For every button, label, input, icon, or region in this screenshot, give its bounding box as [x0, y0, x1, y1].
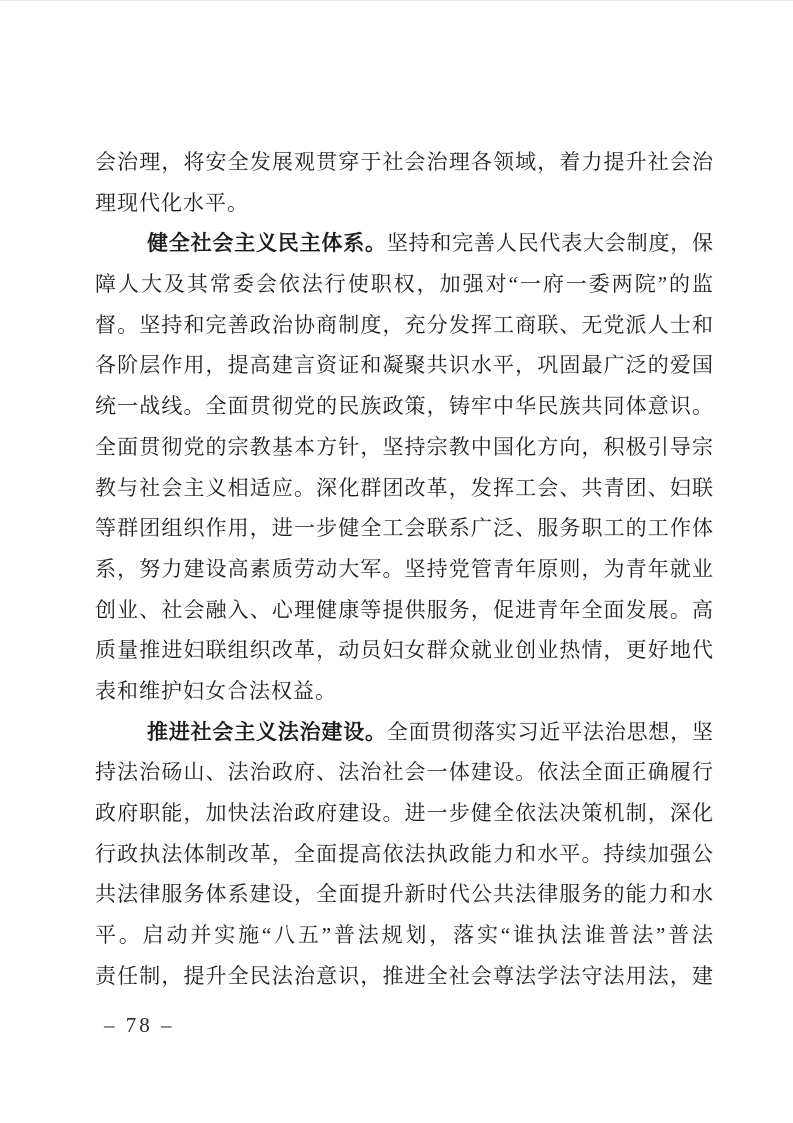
text-line: 持法治砀山、法治政府、法治社会一体建设。依法全面正确履行	[95, 752, 713, 793]
line-text: 等群团组织作用，进一步健全工会联系广泛、服务职工的工作体	[95, 516, 713, 540]
line-text: 统一战线。全面贯彻党的民族政策，铸牢中华民族共同体意识。	[95, 394, 713, 418]
text-line: 等群团组织作用，进一步健全工会联系广泛、服务职工的工作体	[95, 508, 713, 549]
line-text: 教与社会主义相适应。深化群团改革，发挥工会、共青团、妇联	[95, 476, 713, 500]
text-line: 统一战线。全面贯彻党的民族政策，铸牢中华民族共同体意识。	[95, 386, 713, 427]
text-line: 会治理，将安全发展观贯穿于社会治理各领域，着力提升社会治	[95, 142, 713, 183]
text-line: 督。坚持和完善政治协商制度，充分发挥工商联、无党派人士和	[95, 305, 713, 346]
text-line: 推进社会主义法治建设。全面贯彻落实习近平法治思想，坚	[95, 712, 713, 753]
line-text: 全面贯彻党的宗教基本方针，坚持宗教中国化方向，积极引导宗	[95, 435, 713, 459]
text-line: 表和维护妇女合法权益。	[95, 671, 713, 712]
text-line: 健全社会主义民主体系。坚持和完善人民代表大会制度，保	[95, 223, 713, 264]
text-line: 责任制，提升全民法治意识，推进全社会尊法学法守法用法，建	[95, 956, 713, 997]
line-text: 责任制，提升全民法治意识，推进全社会尊法学法守法用法，建	[95, 964, 713, 988]
paragraph-heading: 健全社会主义民主体系。	[147, 231, 387, 255]
text-line: 共法律服务体系建设，全面提升新时代公共法律服务的能力和水	[95, 874, 713, 915]
text-line: 政府职能，加快法治政府建设。进一步健全依法决策机制，深化	[95, 793, 713, 834]
line-text: 理现代化水平。	[95, 191, 249, 215]
line-text: 平。启动并实施“八五”普法规划，落实“谁执法谁普法”普法	[95, 923, 713, 947]
line-text: 行政执法体制改革，全面提高依法执政能力和水平。持续加强公	[95, 842, 713, 866]
line-text: 质量推进妇联组织改革，动员妇女群众就业创业热情，更好地代	[95, 638, 713, 662]
text-line: 质量推进妇联组织改革，动员妇女群众就业创业热情，更好地代	[95, 630, 713, 671]
page-number-label: – 78 –	[104, 1013, 175, 1038]
line-text: 全面贯彻落实习近平法治思想，坚	[387, 720, 713, 744]
text-line: 各阶层作用，提高建言资证和凝聚共识水平，巩固最广泛的爱国	[95, 345, 713, 386]
line-text: 会治理，将安全发展观贯穿于社会治理各领域，着力提升社会治	[95, 150, 713, 174]
line-text: 创业、社会融入、心理健康等提供服务，促进青年全面发展。高	[95, 598, 713, 622]
document-body-text: 会治理，将安全发展观贯穿于社会治理各领域，着力提升社会治理现代化水平。健全社会主…	[95, 142, 713, 996]
text-line: 行政执法体制改革，全面提高依法执政能力和水平。持续加强公	[95, 834, 713, 875]
line-text: 督。坚持和完善政治协商制度，充分发挥工商联、无党派人士和	[95, 313, 713, 337]
text-line: 理现代化水平。	[95, 183, 713, 224]
line-text: 持法治砀山、法治政府、法治社会一体建设。依法全面正确履行	[95, 760, 713, 784]
line-text: 政府职能，加快法治政府建设。进一步健全依法决策机制，深化	[95, 801, 713, 825]
text-line: 全面贯彻党的宗教基本方针，坚持宗教中国化方向，积极引导宗	[95, 427, 713, 468]
line-text: 表和维护妇女合法权益。	[95, 679, 337, 703]
line-text: 各阶层作用，提高建言资证和凝聚共识水平，巩固最广泛的爱国	[95, 353, 713, 377]
line-text: 共法律服务体系建设，全面提升新时代公共法律服务的能力和水	[95, 882, 713, 906]
text-line: 平。启动并实施“八五”普法规划，落实“谁执法谁普法”普法	[95, 915, 713, 956]
text-line: 创业、社会融入、心理健康等提供服务，促进青年全面发展。高	[95, 590, 713, 631]
text-line: 障人大及其常委会依法行使职权，加强对“一府一委两院”的监	[95, 264, 713, 305]
document-page: 会治理，将安全发展观贯穿于社会治理各领域，着力提升社会治理现代化水平。健全社会主…	[0, 0, 793, 1123]
line-text: 系，努力建设高素质劳动大军。坚持党管青年原则，为青年就业	[95, 557, 713, 581]
text-line: 系，努力建设高素质劳动大军。坚持党管青年原则，为青年就业	[95, 549, 713, 590]
line-text: 障人大及其常委会依法行使职权，加强对“一府一委两院”的监	[95, 272, 713, 296]
line-text: 坚持和完善人民代表大会制度，保	[387, 231, 713, 255]
paragraph-heading: 推进社会主义法治建设。	[147, 720, 387, 744]
text-line: 教与社会主义相适应。深化群团改革，发挥工会、共青团、妇联	[95, 468, 713, 509]
